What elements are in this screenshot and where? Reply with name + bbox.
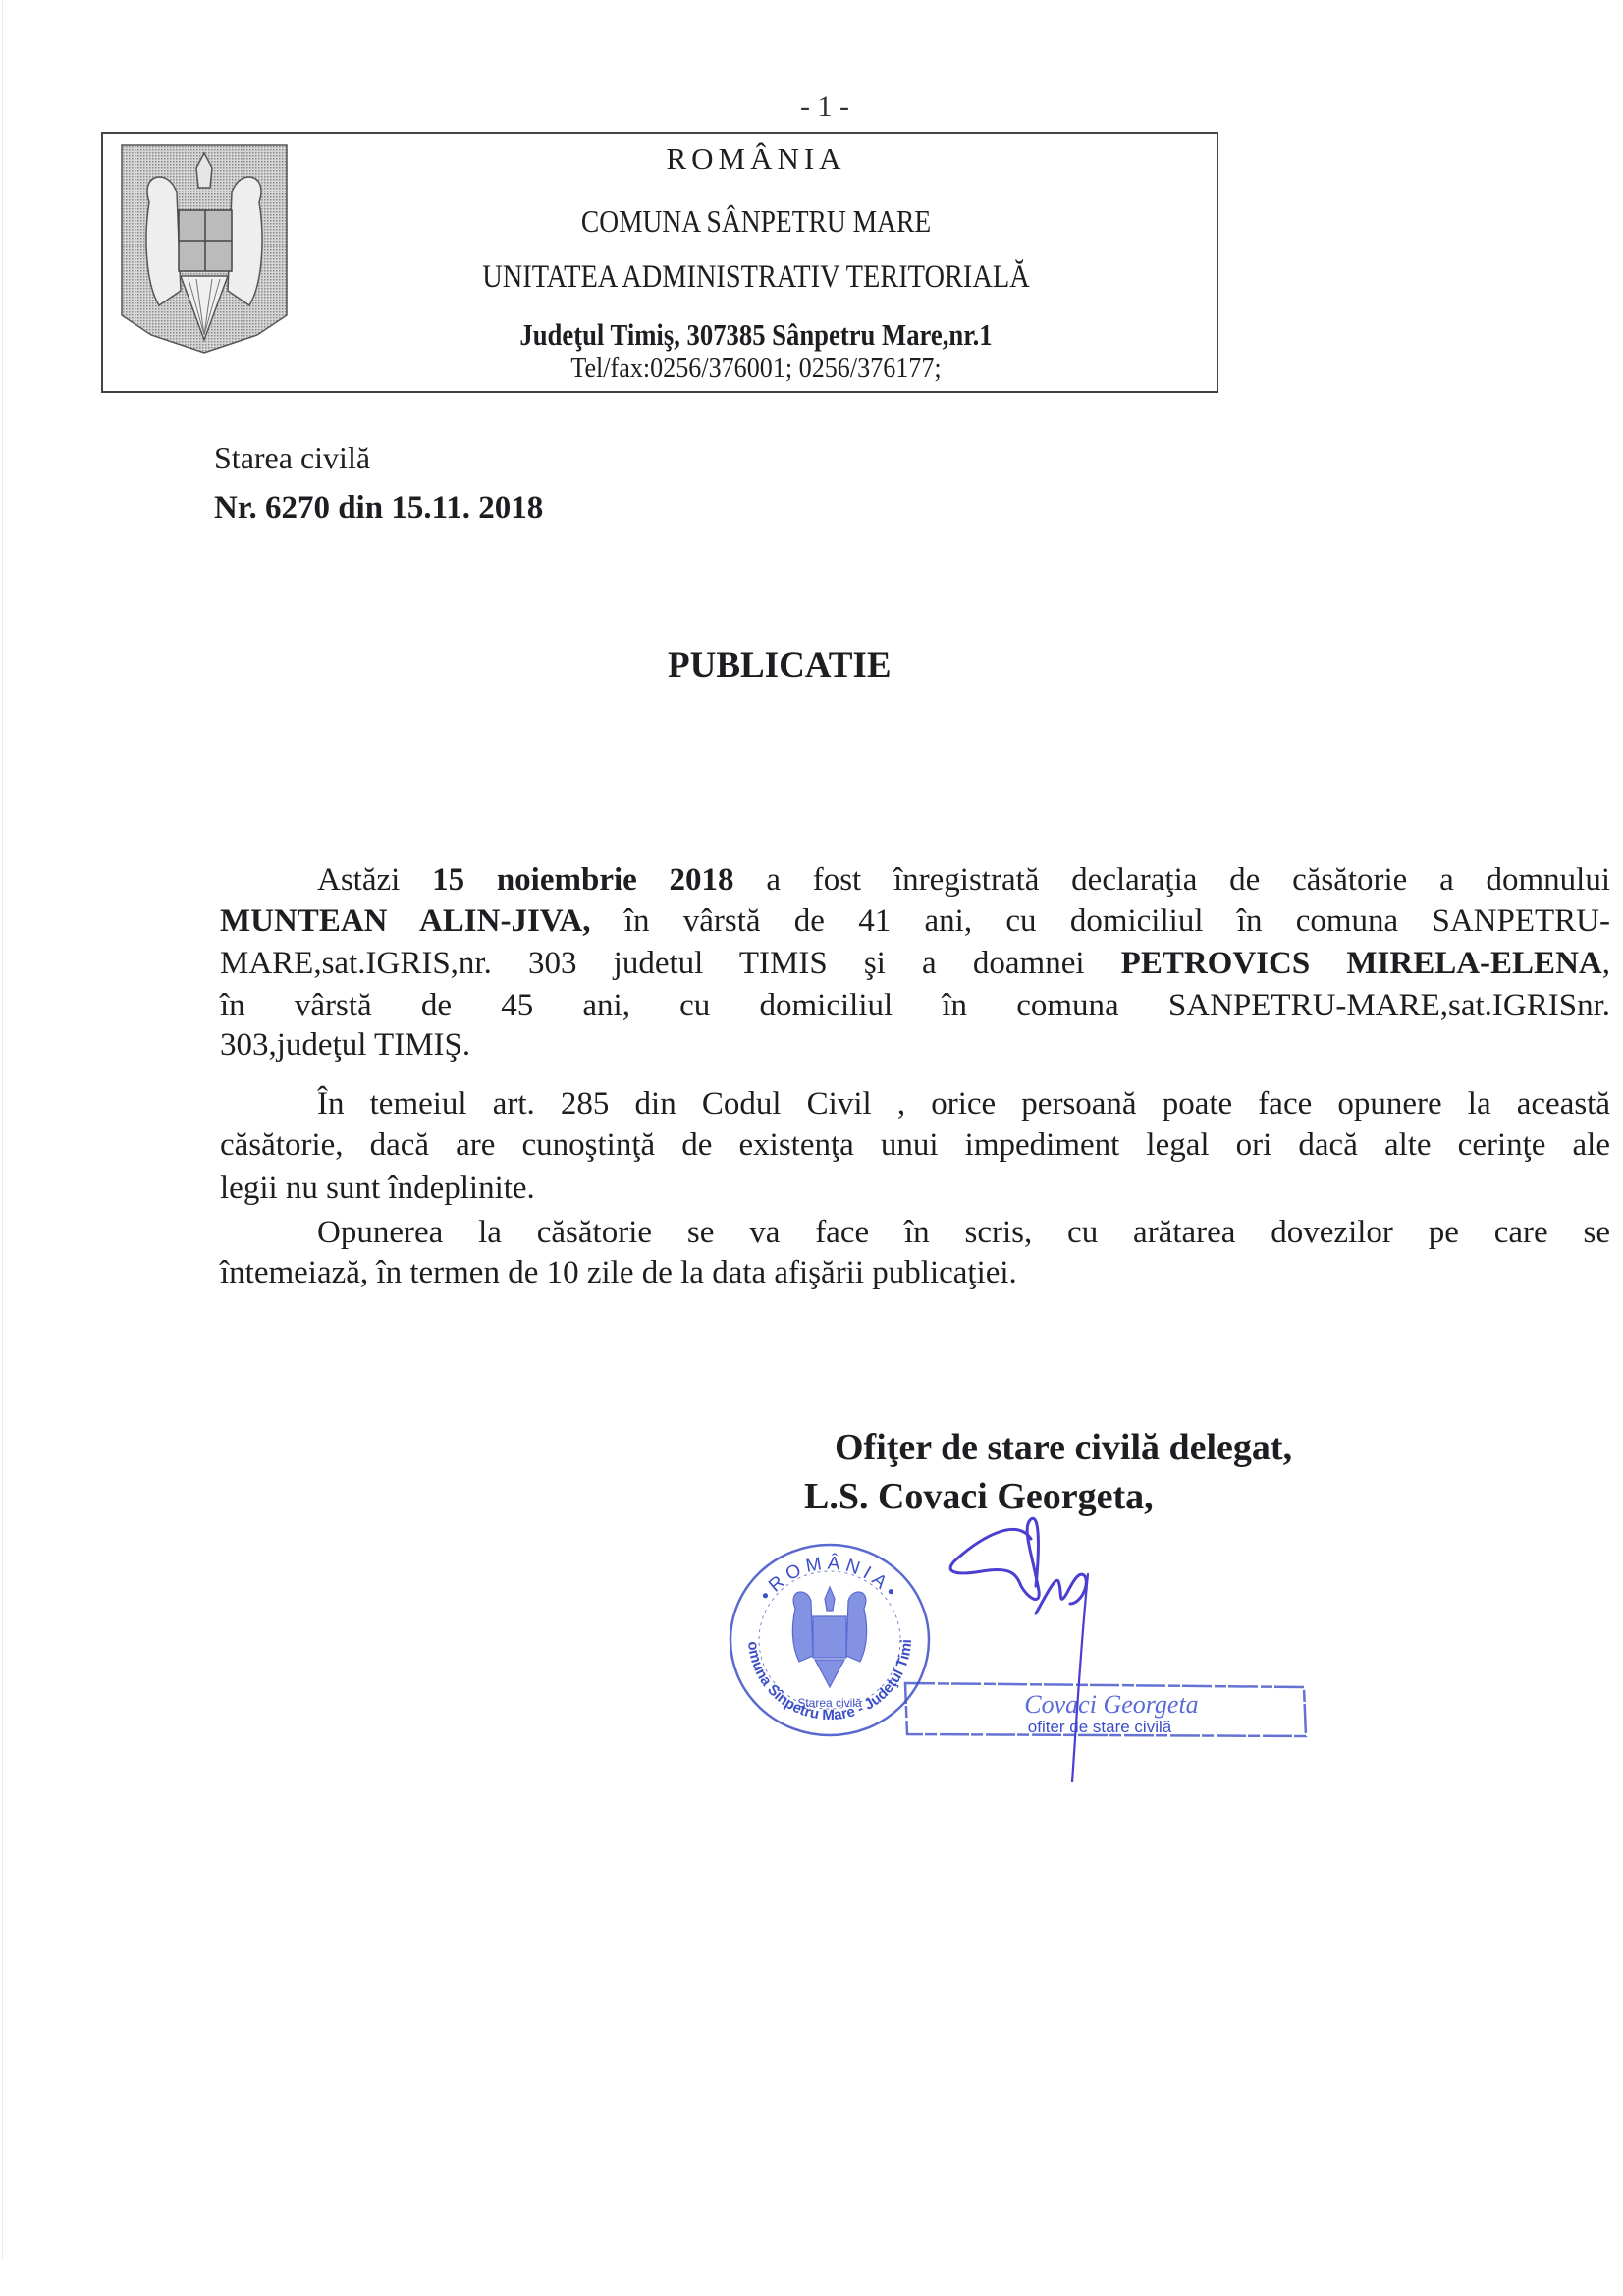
page-number: - 1 - (785, 90, 864, 124)
handwritten-signature-icon (923, 1498, 1159, 1782)
body-line: MUNTEAN ALIN-JIVA, în vârstă de 41 ani, … (220, 902, 1610, 941)
header-commune: COMUNA SÂNPETRU MARE (359, 203, 1153, 240)
official-stamp-icon: •ROMÂNIA• Comuna Sînpetru Mare - Judeţul… (727, 1540, 933, 1741)
registry-label: Starea civilă (214, 440, 370, 476)
bride-name: PETROVICS MIRELA-ELENA (1121, 946, 1602, 981)
body-line: Opunerea la căsătorie se va face în scri… (317, 1213, 1610, 1252)
body-line: În temeiul art. 285 din Codul Civil , or… (317, 1084, 1610, 1123)
text: în vârstă de 41 ani, cu domiciliul în co… (590, 903, 1610, 939)
body-line: legii nu sunt îndeplinite. (220, 1169, 1610, 1208)
scan-edge (2, 0, 3, 2259)
document-title: PUBLICATIE (668, 644, 892, 686)
body-line: căsătorie, dacă are cunoştinţă de existe… (220, 1125, 1610, 1165)
header-phone: Tel/fax:0256/376001; 0256/376177; (341, 353, 1171, 385)
coat-of-arms-icon (120, 143, 289, 355)
declaration-date: 15 noiembrie 2018 (432, 862, 734, 898)
stamp-inner-text: Starea civilă (797, 1696, 862, 1710)
header-country: ROMÂNIA (295, 141, 1217, 177)
text: , (1602, 946, 1610, 981)
body-line: în vârstă de 45 ani, cu domiciliul în co… (220, 986, 1610, 1025)
body-line: întemeiază, în termen de 10 zile de la d… (220, 1253, 1610, 1292)
text: Astăzi (317, 862, 432, 898)
body-line: MARE,sat.IGRIS,nr. 303 judetul TIMIS şi … (220, 944, 1610, 983)
body-line: 303,judeţul TIMIŞ. (220, 1025, 1610, 1065)
header-unit: UNITATEA ADMINISTRATIV TERITORIALĂ (359, 259, 1153, 296)
text: MARE,sat.IGRIS,nr. 303 judetul TIMIS şi … (220, 946, 1121, 981)
header-address: Judeţul Timiş, 307385 Sânpetru Mare,nr.1 (359, 317, 1153, 353)
signatory-title: Ofiţer de stare civilă delegat, (835, 1426, 1292, 1469)
text: a fost înregistrată declaraţia de căsăto… (734, 862, 1610, 898)
body-line: Astăzi 15 noiembrie 2018 a fost înregist… (317, 860, 1610, 900)
registry-number: Nr. 6270 din 15.11. 2018 (214, 490, 543, 526)
groom-name: MUNTEAN ALIN-JIVA, (220, 903, 590, 939)
